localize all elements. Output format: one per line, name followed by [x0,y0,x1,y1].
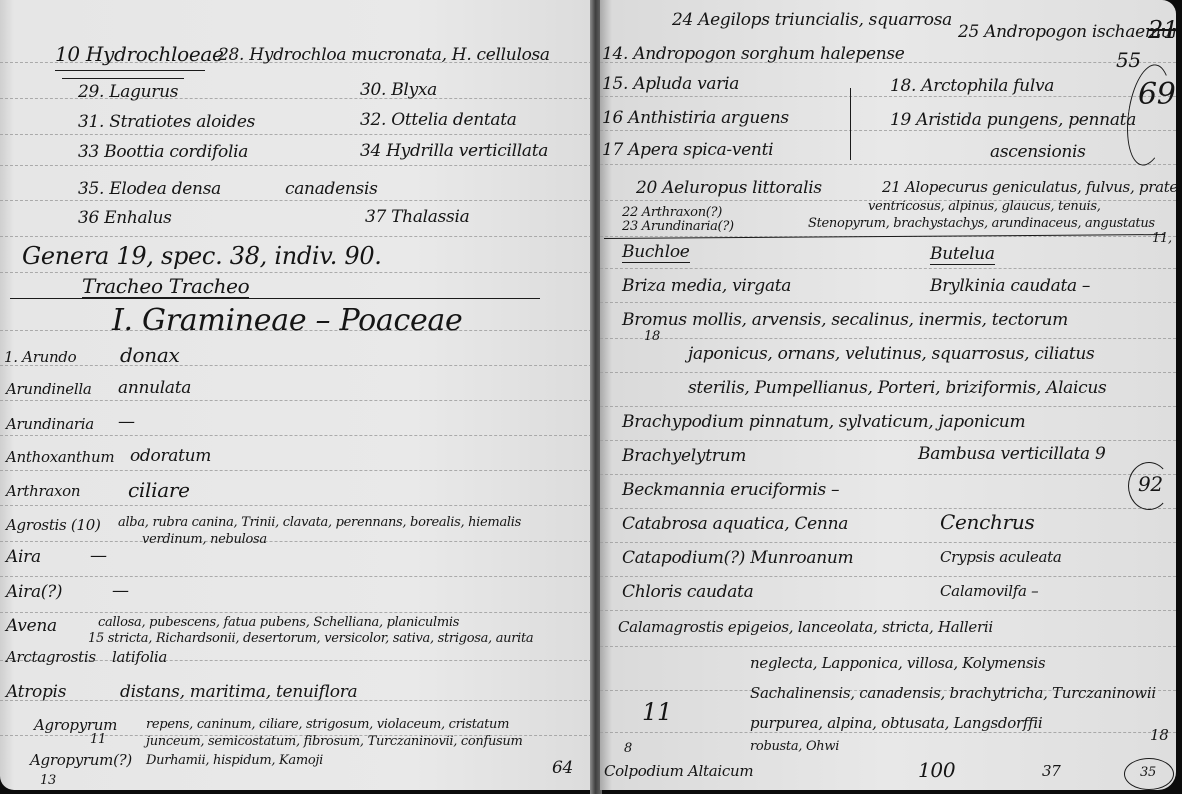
ruled-line [600,474,1176,475]
summary-line: Genera 19, spec. 38, indiv. 90. [22,244,382,268]
ruled-line [0,365,592,366]
entry-19-cont: ascensionis [990,144,1086,161]
ruled-line [600,96,1176,97]
footer-number-c: 35 [1140,766,1156,779]
underline [55,70,205,71]
entry-35: 35. Elodea densa [78,181,221,198]
genus-anthoxanthum: Anthoxanthum [6,450,114,465]
genus-agropyrum: Agropyrum [34,718,117,733]
species-agropyrum: repens, caninum, ciliare, strigosum, vio… [146,718,509,731]
ruled-line [0,576,592,577]
genus-brachyelytrum: Brachyelytrum [622,448,746,465]
species-agropyrum-cont: junceum, semicostatum, fibrosum, Turczan… [146,735,523,748]
genus-agrostis: Agrostis (10) [6,518,101,533]
ruled-line [600,372,1176,373]
entry-19: 19 Aristida pungens, pennata [890,112,1136,129]
ruled-line [600,732,1176,733]
entry-36: 36 Enhalus [78,210,172,227]
genus-buchloe: Buchloe [622,244,690,263]
ruled-line [0,200,592,201]
ruled-line [0,505,592,506]
entry-23: 23 Arundinaria(?) [622,220,734,233]
genus-crypsis: Crypsis aculeata [940,550,1061,565]
margin-mark: 8 [624,742,632,755]
genus-aira: Aira [6,549,41,566]
species-arthraxon: ciliare [128,480,190,500]
species-arundinaria: — [118,414,135,431]
ruled-line [600,610,1176,611]
genus-bromus: Bromus mollis, arvensis, secalinus, iner… [622,312,1068,329]
genus-brachypodium: Brachypodium pinnatum, sylvaticum, japon… [622,414,1025,431]
page-number: 64 [552,760,573,777]
entry-20: 20 Aeluropus littoralis [636,180,822,197]
entry-15: 15. Apluda varia [602,76,739,93]
genus-chloris: Chloris caudata [622,584,753,601]
ruled-line [600,338,1176,339]
entry-21-cont2: Stenopyrum, brachystachys, arundinaceus,… [808,217,1155,230]
genus-colpodium: Colpodium Altaicum [604,764,753,779]
entry-29: 29. Lagurus [78,84,178,101]
group-heading: 10 Hydrochloeae [55,44,224,64]
genus-arundinaria: Arundinaria [6,417,94,432]
entry-17: 17 Apera spica-venti [602,142,773,159]
section-title: I. Gramineae – Poaceae [112,306,462,336]
ruled-line [600,130,1176,131]
entry-21-cont: ventricosus, alpinus, glaucus, tenuis, [868,200,1101,213]
entry-25: 25 Andropogon ischaemum [958,24,1176,41]
entry-31: 31. Stratiotes aloides [78,114,255,131]
margin-number: 18 [1150,728,1169,743]
genus-agropyrum-2: Agropyrum(?) [30,753,132,768]
section-divider [10,298,540,299]
genus-arundinella: Arundinella [6,382,92,397]
entry-24: 24 Aegilops triuncialis, squarrosa [672,12,952,29]
right-page: 24 Aegilops triuncialis, squarrosa 25 An… [600,0,1176,790]
genus-bambusa: Bambusa verticillata 9 [918,446,1105,463]
ruled-line [600,440,1176,441]
ruled-line [0,435,592,436]
entry-35-variant: canadensis [285,181,378,198]
species-agropyrum-2: Durhamii, hispidum, Kamoji [146,754,323,767]
bracket-number: 11, 13 [1152,232,1176,245]
entry-18: 18. Arctophila fulva [890,78,1054,95]
ruled-line [600,576,1176,577]
ruled-line [600,164,1176,165]
subheading: Tracheo Tracheo [82,276,249,298]
ruled-line [0,612,592,613]
ruled-line [0,400,592,401]
entry-32: 32. Ottelia dentata [360,112,517,129]
entry-14: 14. Andropogon sorghum halepense [602,46,905,63]
ruled-line [0,272,592,273]
entry-22: 22 Arthraxon(?) [622,206,722,219]
genus-aira-2: Aira(?) [6,584,62,601]
circled-number: 92 [1138,474,1163,494]
genus-calamovilfa: Calamovilfa – [940,584,1038,599]
ruled-line [600,302,1176,303]
ruled-line [600,406,1176,407]
species-arundinella: annulata [118,380,191,397]
genus-calamagrostis-cont2: Sachalinensis, canadensis, brachytricha,… [750,686,1156,701]
ruled-line [0,165,592,166]
ruled-line [600,542,1176,543]
genus-brylkinia: Brylkinia caudata – [930,278,1090,295]
margin-number: 18 [644,330,660,343]
genus-calamagrostis-cont3: purpurea, alpina, obtusata, Langsdorffii [750,716,1042,731]
genus-atropis: Atropis [6,684,66,701]
footer-number-b: 37 [1042,764,1061,779]
circled-number: 69 [1138,80,1176,110]
entry-33: 33 Boottia cordifolia [78,144,248,161]
ruled-line [0,541,592,542]
genus-briza: Briza media, virgata [622,278,791,295]
entry-30: 30. Blyxa [360,82,437,99]
genus-catapodium: Catapodium(?) Munroanum [622,550,853,567]
species-anthoxanthum: odoratum [130,448,211,465]
species-avena: callosa, pubescens, fatua pubens, Schell… [98,616,459,629]
footer-number-a: 100 [918,760,955,780]
ruled-line [0,134,592,135]
entry-28: 28. Hydrochloa mucronata, H. cellulosa [218,47,550,64]
underline [62,78,184,79]
column-divider [850,88,851,160]
entry-37: 37 Thalassia [365,209,469,226]
struck-number: 21 [1148,18,1176,42]
species-avena-cont: 15 stricta, Richardsonii, desertorum, ve… [88,632,533,645]
genus-cenchrus: Cenchrus [940,512,1034,532]
margin-number: 11 [90,733,106,746]
corner-number: 55 [1116,50,1141,70]
margin-mark: 11 [642,700,672,724]
genus-arctagrostis: Arctagrostis [6,650,96,665]
margin-number: 13 [40,774,56,787]
ruled-line [600,646,1176,647]
species-arundo: donax [120,345,179,365]
genus-arundo: 1. Arundo [4,350,76,365]
genus-calamagrostis: Calamagrostis epigeios, lanceolata, stri… [618,620,993,635]
species-atropis: distans, maritima, tenuiflora [120,684,357,701]
genus-butelua: Butelua [930,246,995,265]
ruled-line [0,470,592,471]
genus-avena: Avena [6,618,57,635]
species-agrostis: alba, rubra canina, Trinii, clavata, per… [118,516,521,529]
species-arctagrostis: latifolia [112,650,167,665]
species-aira-2: — [112,583,129,600]
ruled-line [600,508,1176,509]
genus-catabrosa: Catabrosa aquatica, Cenna [622,516,848,533]
left-page: 10 Hydrochloeae 28. Hydrochloa mucronata… [0,0,592,790]
species-agrostis-cont: verdinum, nebulosa [142,533,267,546]
entry-16: 16 Anthistiria arguens [602,110,789,127]
entry-21: 21 Alopecurus geniculatus, fulvus, prate… [882,180,1176,195]
entry-34: 34 Hydrilla verticillata [360,143,548,160]
ruled-line [600,268,1176,269]
ruled-line [0,236,592,237]
genus-beckmannia: Beckmannia eruciformis – [622,482,839,499]
species-aira: — [90,548,107,565]
genus-calamagrostis-cont4: robusta, Ohwi [750,740,839,753]
genus-calamagrostis-cont: neglecta, Lapponica, villosa, Kolymensis [750,656,1045,671]
genus-bromus-cont: japonicus, ornans, velutinus, squarrosus… [688,346,1094,363]
genus-arthraxon: Arthraxon [6,484,80,499]
genus-bromus-cont2: sterilis, Pumpellianus, Porteri, brizifo… [688,380,1106,397]
